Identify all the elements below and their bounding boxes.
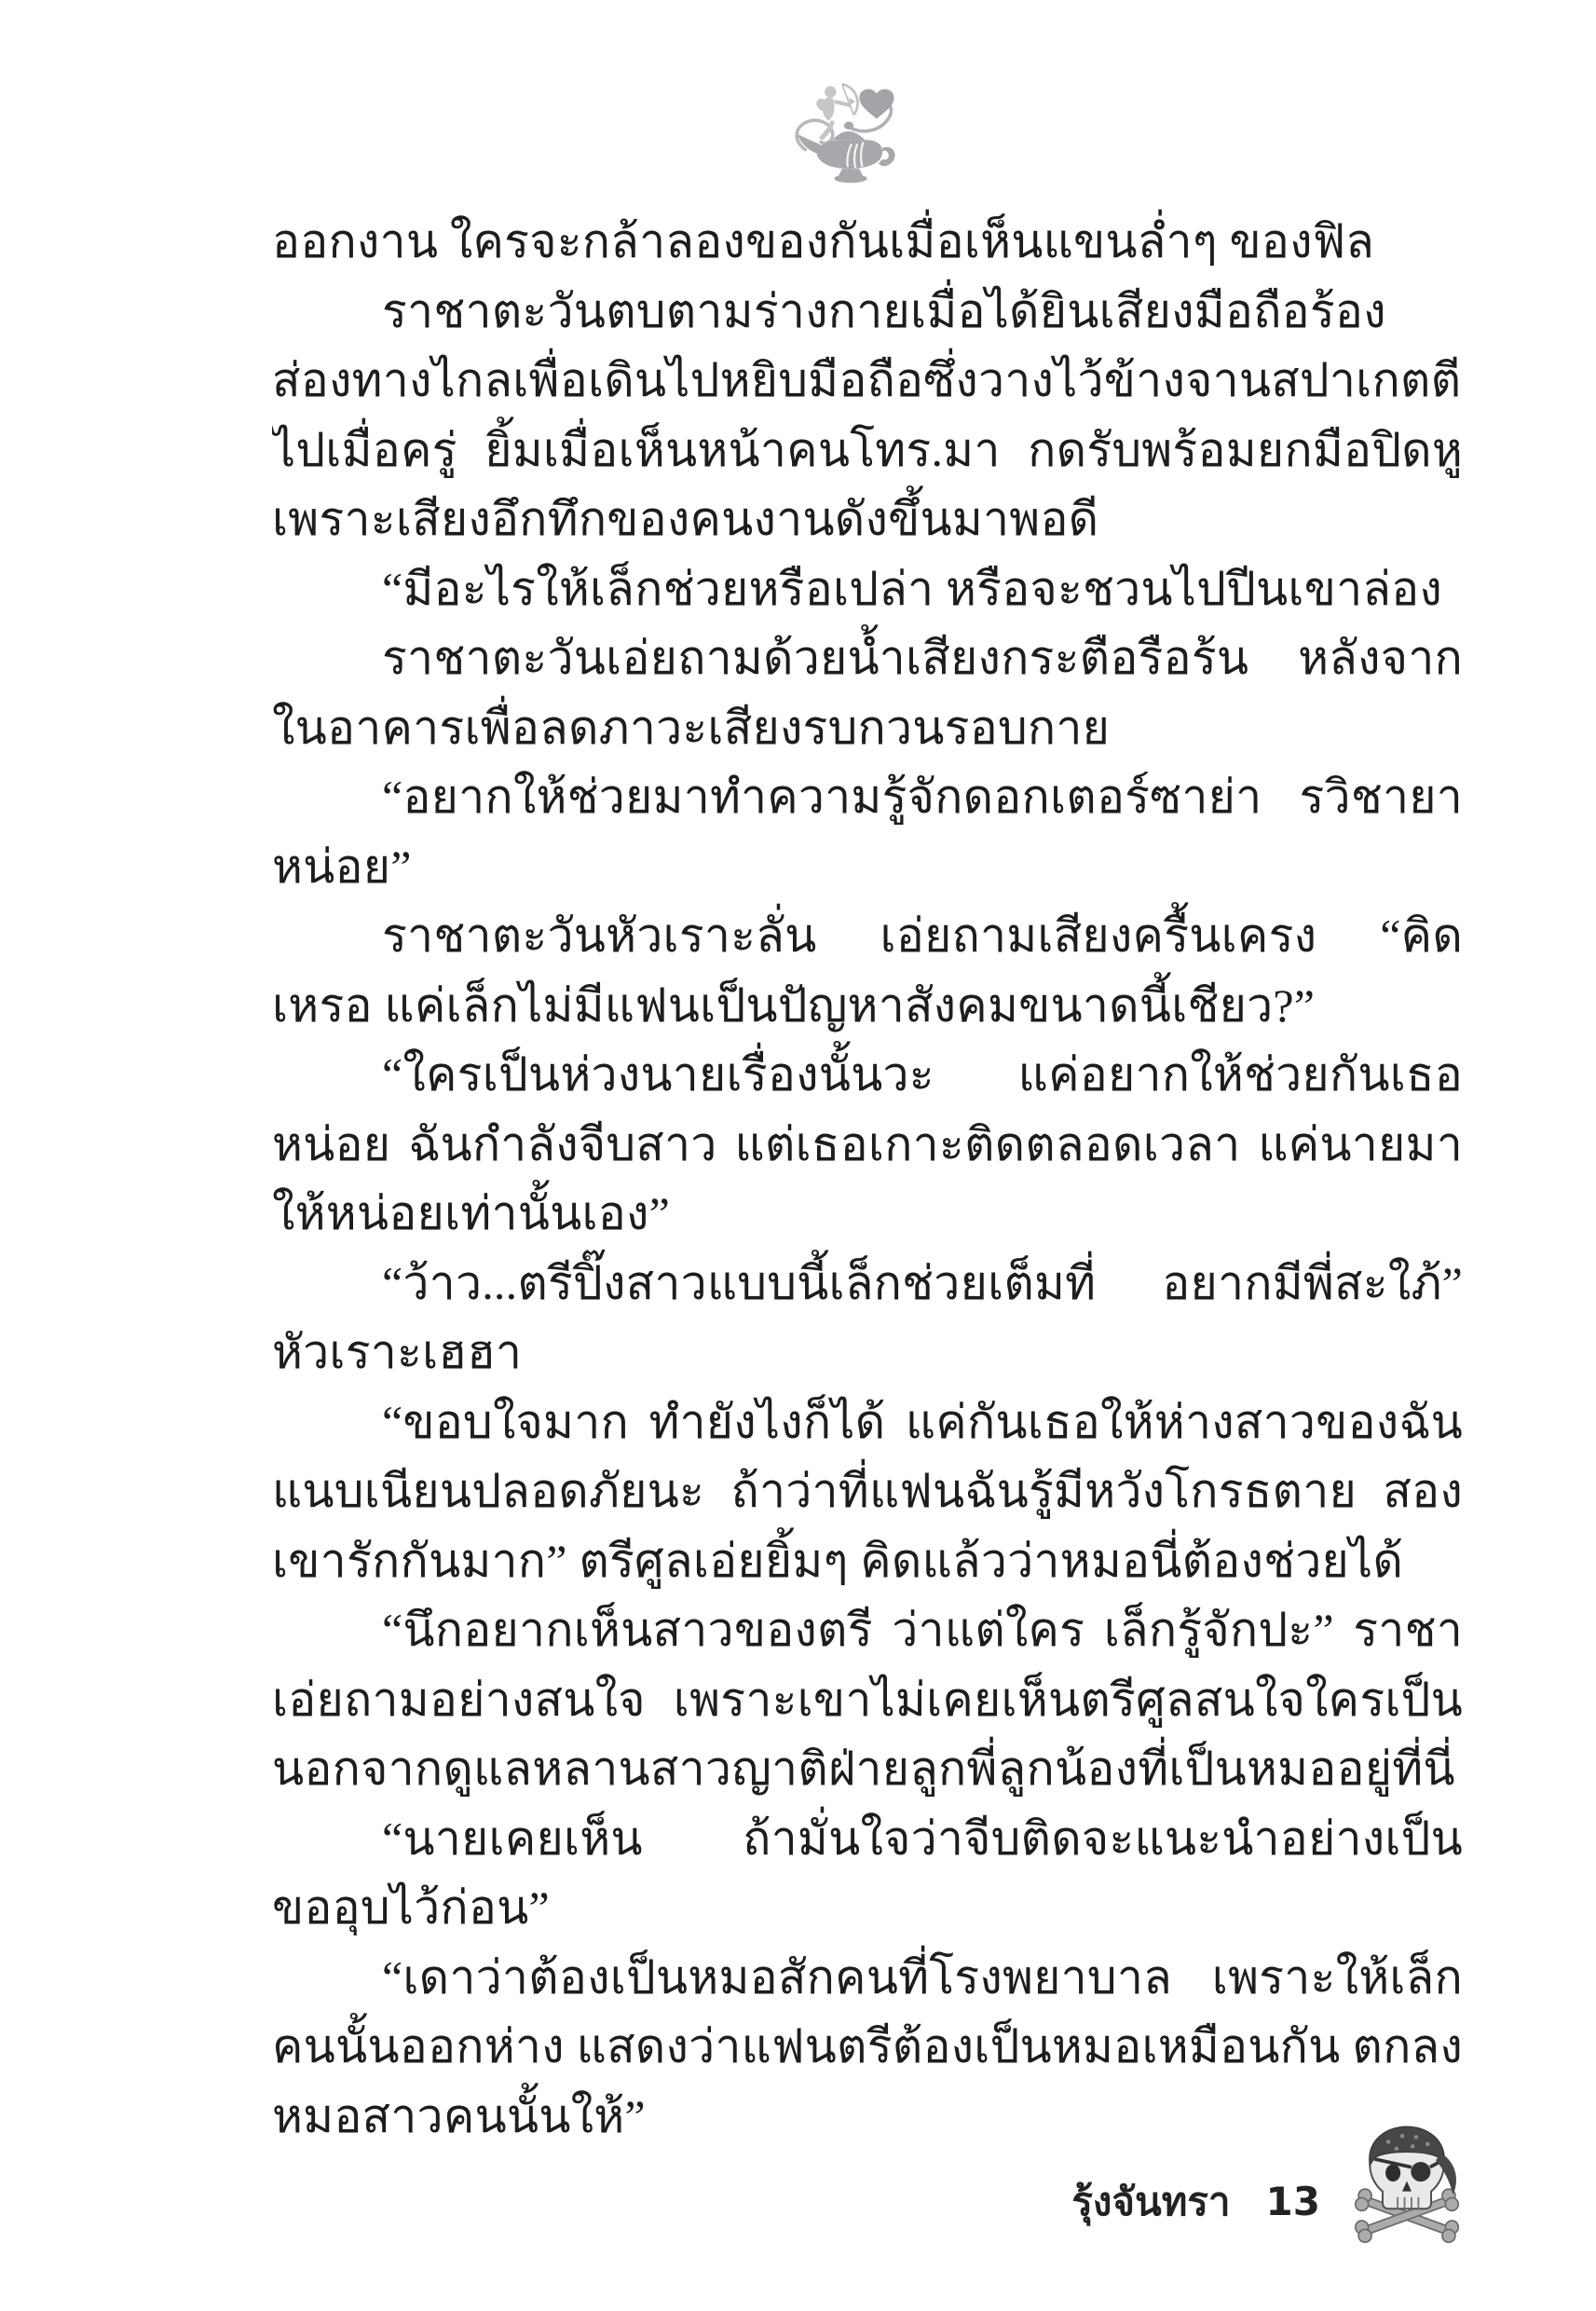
text-line: “นึกอยากเห็นสาวของตรี ว่าแต่ใคร เล็กรู้จ… xyxy=(272,1595,1463,1665)
text-line: เหรอ แค่เล็กไม่มีแฟนเป็นปัญหาสังคมขนาดนี… xyxy=(272,971,1463,1041)
text-line: เอ่ยถามอย่างสนใจ เพราะเขาไม่เคยเห็นตรีศู… xyxy=(272,1665,1463,1735)
text-line: ให้หน่อยเท่านั้นเอง” xyxy=(272,1179,1463,1249)
text-line: “ใครเป็นห่วงนายเรื่องนั้นวะ แค่อยากให้ช่… xyxy=(272,1040,1463,1110)
text-line: “นายเคยเห็น ถ้ามั่นใจว่าจีบติดจะแนะนำอย่… xyxy=(272,1804,1463,1874)
text-line: ขออุบไว้ก่อน” xyxy=(272,1873,1463,1943)
text-line: หน่อย” xyxy=(272,832,1463,902)
text-line: ส่องทางไกลเพื่อเดินไปหยิบมือถือซึ่งวางไว… xyxy=(272,346,1463,416)
text-line: “ขอบใจมาก ทำยังไงก็ได้ แค่กันเธอให้ห่างส… xyxy=(272,1388,1463,1457)
text-line: ราชาตะวันตบตามร่างกายเมื่อได้ยินเสียงมือ… xyxy=(272,277,1463,347)
page-number: 13 xyxy=(1266,2179,1320,2224)
text-line: แนบเนียนปลอดภัยนะ ถ้าว่าที่แฟนฉันรู้มีหว… xyxy=(272,1456,1463,1526)
text-line: นอกจากดูแลหลานสาวญาติฝ่ายลูกพี่ลูกน้องที… xyxy=(272,1734,1463,1804)
text-line: ออกงาน ใครจะกล้าลองของกันเมื่อเห็นแขนล่ำ… xyxy=(272,207,1463,277)
text-line: เพราะเสียงอึกทึกของคนงานดังขึ้นมาพอดี xyxy=(272,485,1463,554)
text-line: “เดาว่าต้องเป็นหมอสักคนที่โรงพยาบาล เพรา… xyxy=(272,1943,1463,2013)
text-line: หน่อย ฉันกำลังจีบสาว แต่เธอเกาะติดตลอดเว… xyxy=(272,1110,1463,1180)
text-line: ราชาตะวันเอ่ยถามด้วยน้ำเสียงกระตือรือร้น… xyxy=(272,623,1463,693)
text-line: “อยากให้ช่วยมาทำความรู้จักดอกเตอร์ซาย่า … xyxy=(272,762,1463,832)
text-line: หมอสาวคนนั้นให้” xyxy=(272,2082,1463,2152)
book-page: ออกงาน ใครจะกล้าลองของกันเมื่อเห็นแขนล่ำ… xyxy=(0,0,1596,2311)
text-line: ไปเมื่อครู่ ยิ้มเมื่อเห็นหน้าคนโทร.มา กด… xyxy=(272,416,1463,485)
body-text: ออกงาน ใครจะกล้าลองของกันเมื่อเห็นแขนล่ำ… xyxy=(272,207,1463,2151)
text-line: หัวเราะเฮฮา xyxy=(272,1318,1463,1388)
pirate-skull-crossbones-icon xyxy=(1349,2121,1465,2246)
cupid-lamp-ornament-icon xyxy=(792,75,907,190)
text-line: ราชาตะวันหัวเราะลั่น เอ่ยถามเสียงครื้นเค… xyxy=(272,901,1463,971)
book-title: รุ้งจันทรา xyxy=(1071,2179,1230,2224)
page-footer: รุ้งจันทรา13 xyxy=(272,2171,1320,2233)
text-line: คนนั้นออกห่าง แสดงว่าแฟนตรีต้องเป็นหมอเห… xyxy=(272,2012,1463,2082)
text-line: “ว้าว...ตรีปิ๊งสาวแบบนี้เล็กช่วยเต็มที่ … xyxy=(272,1249,1463,1319)
text-line: ในอาคารเพื่อลดภาวะเสียงรบกวนรอบกาย xyxy=(272,693,1463,763)
text-line: เขารักกันมาก” ตรีศูลเอ่ยยิ้มๆ คิดแล้วว่า… xyxy=(272,1526,1463,1596)
text-line: “มีอะไรให้เล็กช่วยหรือเปล่า หรือจะชวนไปป… xyxy=(272,554,1463,624)
